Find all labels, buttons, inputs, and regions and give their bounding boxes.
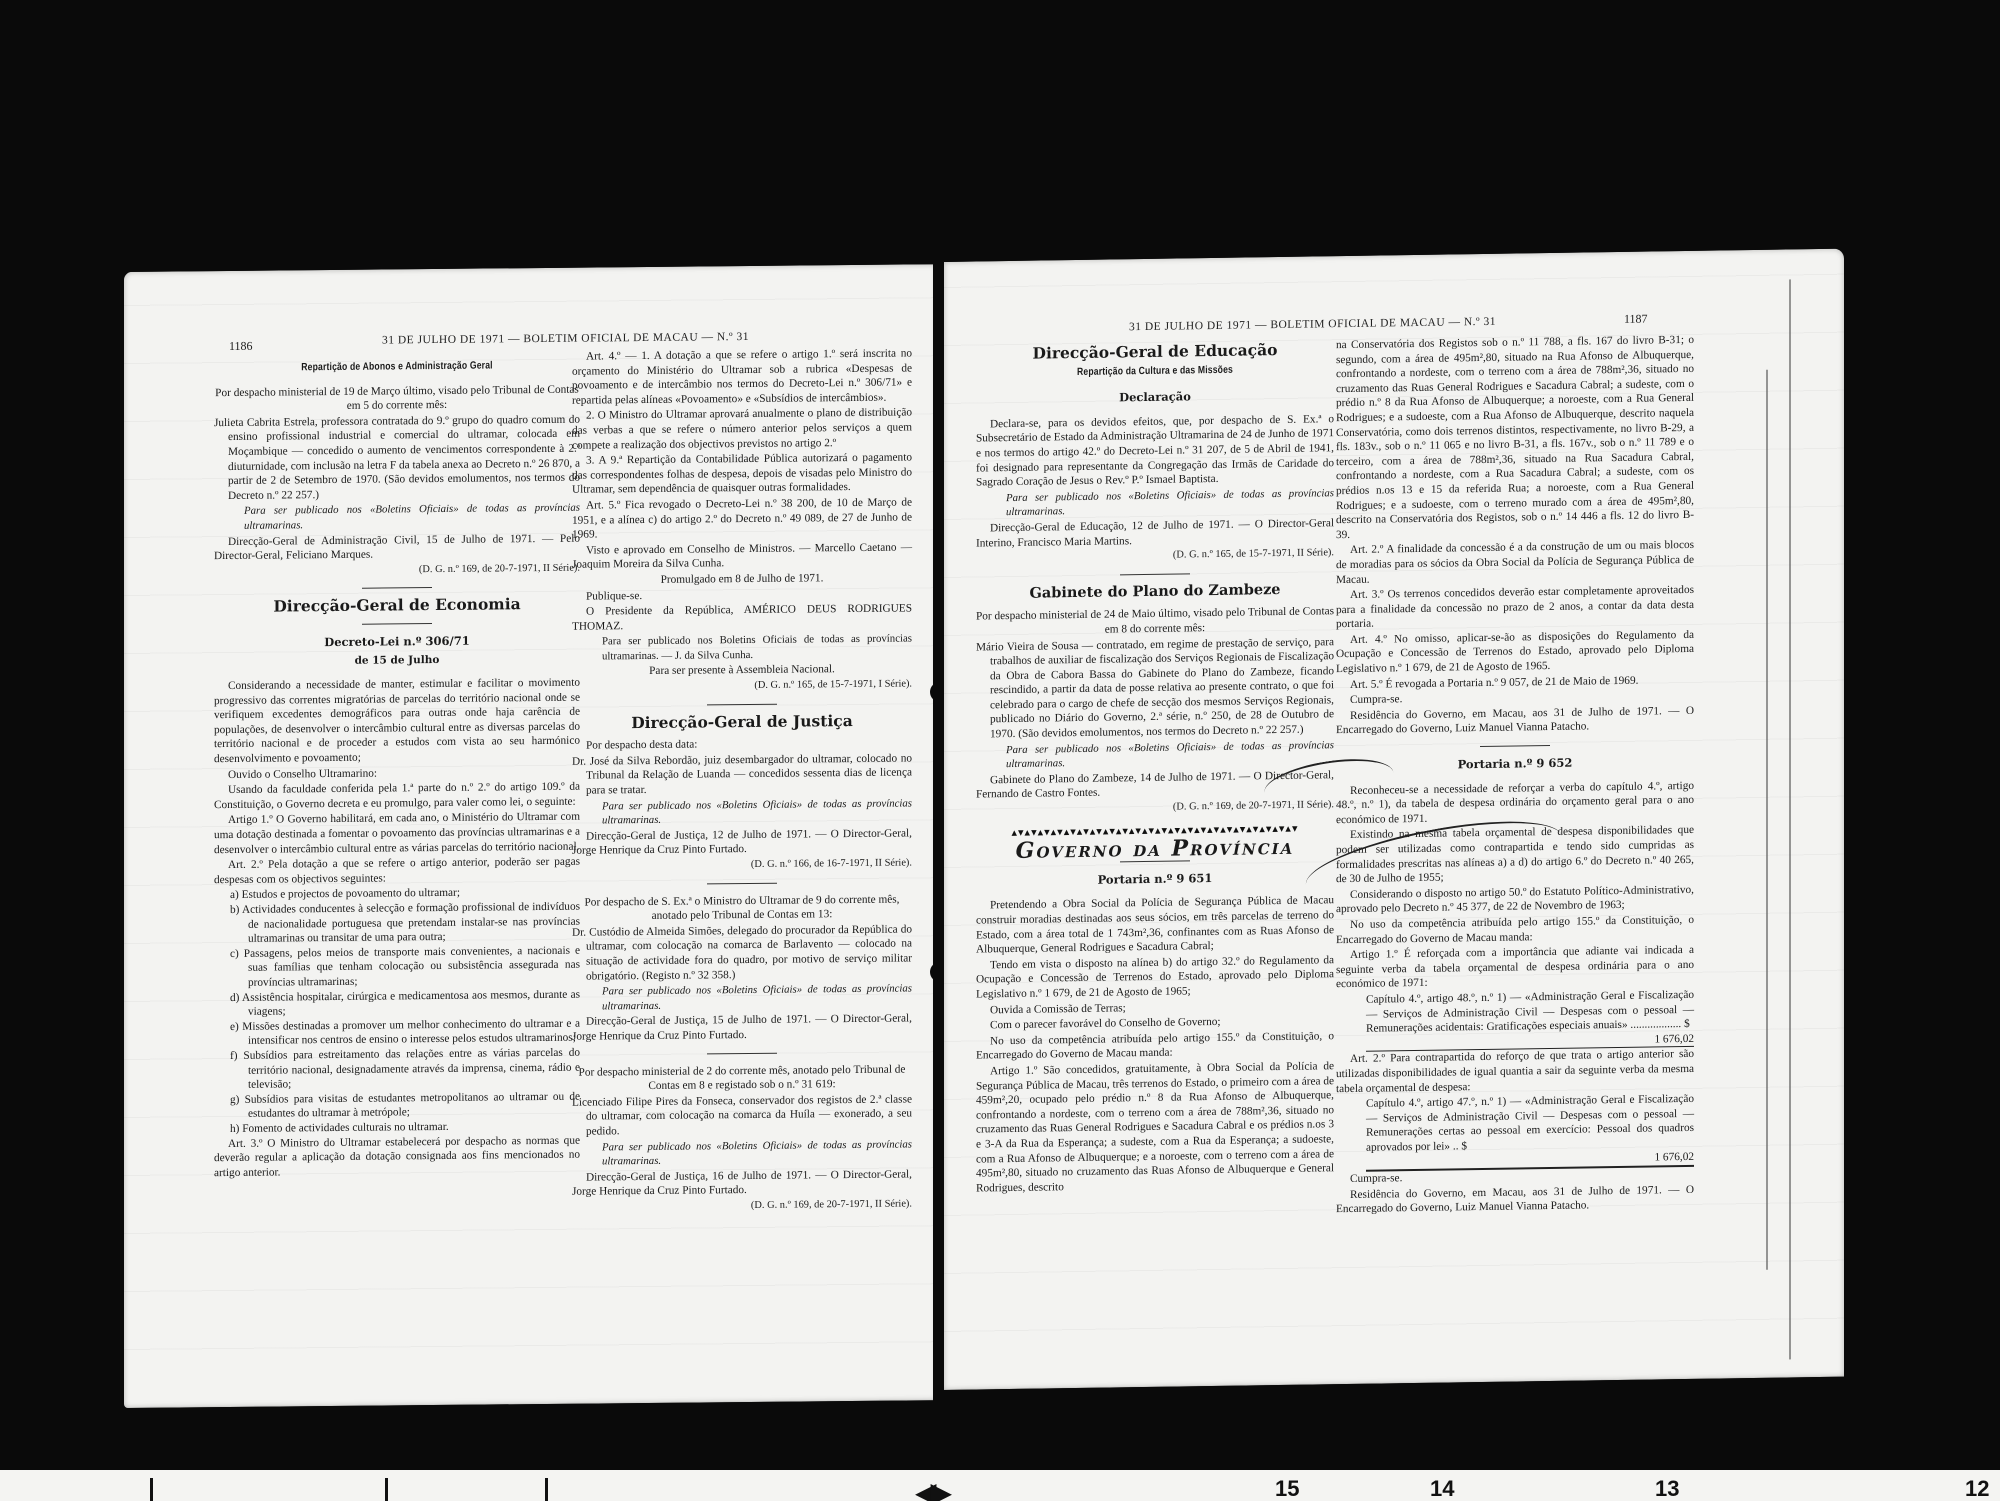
article: Artigo 1.º É reforçada com a importância… xyxy=(1336,943,1694,992)
publish-note: Para ser publicado nos «Boletins Oficiai… xyxy=(572,796,912,828)
article: Art. 5.º Fica revogado o Decreto-Lei n.º… xyxy=(572,495,912,542)
paragraph: Visto e aprovado em Conselho de Ministro… xyxy=(572,540,912,572)
alinea: f) Subsídios para estreitamento das rela… xyxy=(214,1046,580,1093)
paragraph: Tendo em vista o disposto na alínea b) d… xyxy=(976,953,1334,1002)
paragraph: O Presidente da República, AMÉRICO DEUS … xyxy=(572,602,912,634)
paragraph: Considerando a necessidade de manter, es… xyxy=(214,676,580,767)
budget-description: Capítulo 4.º, artigo 48.º, n.º 1) — «Adm… xyxy=(1366,989,1694,1035)
portaria-title: Portaria n.º 9 651 xyxy=(976,869,1334,889)
divider xyxy=(1120,573,1190,575)
article: Art. 2.º Pela dotação a que se refere o … xyxy=(214,855,580,888)
article: Art. 3.º O Ministro do Ultramar estabele… xyxy=(214,1133,580,1180)
signature: Residência do Governo, em Macau, aos 31 … xyxy=(1336,704,1694,738)
paragraph: Declara-se, para os devidos efeitos, que… xyxy=(976,412,1334,490)
film-tick-mark xyxy=(150,1478,153,1501)
article: Artigo 1.º São concedidos, gratuitamente… xyxy=(976,1059,1334,1196)
decree-date: de 15 de Julho xyxy=(214,651,580,669)
right-page: 31 DE JULHO DE 1971 — BOLETIM OFICIAL DE… xyxy=(944,249,1844,1390)
section-heading: Direcção-Geral de Justiça xyxy=(572,713,912,731)
signature: Residência do Governo, em Macau, aos 31 … xyxy=(1336,1183,1694,1217)
paragraph: No uso da competência atribuída pelo art… xyxy=(976,1029,1334,1063)
left-page: 1186 31 DE JULHO DE 1971 — BOLETIM OFICI… xyxy=(124,264,936,1408)
paragraph: Mário Vieira de Sousa — contratado, em r… xyxy=(976,635,1334,742)
publish-note: Para ser publicado nos «Boletins Oficiai… xyxy=(572,1137,912,1169)
section-subheading: Repartição da Cultura e das Missões xyxy=(1008,361,1302,380)
dg-reference: (D. G. n.º 166, de 16-7-1971, II Série). xyxy=(572,856,912,874)
article: Artigo 1.º O Governo habilitará, em cada… xyxy=(214,810,580,857)
film-tick-mark xyxy=(545,1478,548,1501)
decree-title: Decreto-Lei n.º 306/71 xyxy=(214,633,580,651)
alinea: e) Missões destinadas a promover um melh… xyxy=(214,1016,580,1049)
article: 2. O Ministro do Ultramar aprovará anual… xyxy=(572,406,912,453)
alinea: c) Passagens, pelos meios de transporte … xyxy=(214,943,580,990)
divider xyxy=(707,1052,777,1054)
right-column-1: Direcção-Geral de Educação Repartição da… xyxy=(976,340,1334,1197)
alinea: g) Subsídios para visitas de estudantes … xyxy=(214,1089,580,1122)
signature: Direcção-Geral de Justiça, 15 de Julho d… xyxy=(572,1012,912,1044)
signature: Direcção-Geral de Justiça, 12 de Julho d… xyxy=(572,826,912,858)
budget-description: Capítulo 4.º, artigo 47.º, n.º 1) — «Adm… xyxy=(1366,1093,1694,1154)
running-head: 31 DE JULHO DE 1971 — BOLETIM OFICIAL DE… xyxy=(1129,316,1496,333)
paragraph: Licenciado Filipe Pires da Fonseca, cons… xyxy=(572,1092,912,1139)
publish-note: Para ser publicado nos «Boletins Oficiai… xyxy=(976,486,1334,520)
alinea: d) Assistência hospitalar, cirúrgica e m… xyxy=(214,987,580,1020)
signature: Direcção-Geral de Administração Civil, 1… xyxy=(214,531,580,564)
publish-note: Para ser publicado nos Boletins Oficiais… xyxy=(572,632,912,664)
paragraph: Pretendendo a Obra Social da Polícia de … xyxy=(976,894,1334,958)
article: Art. 2.º Para contrapartida do reforço d… xyxy=(1336,1047,1694,1096)
left-column-1: Repartição de Abonos e Administração Ger… xyxy=(214,354,580,1182)
budget-line: Capítulo 4.º, artigo 47.º, n.º 1) — «Adm… xyxy=(1336,1092,1694,1172)
film-strip xyxy=(0,1470,2000,1501)
section-heading: Repartição de Abonos e Administração Ger… xyxy=(247,358,547,375)
paragraph: Por despacho ministerial de 2 do corrent… xyxy=(572,1062,912,1094)
divider xyxy=(707,703,777,705)
film-mark-label: 14 xyxy=(1430,1476,1454,1501)
divider xyxy=(707,882,777,884)
alinea: b) Actividades conducentes à selecção e … xyxy=(214,900,580,947)
dg-reference: (D. G. n.º 165, de 15-7-1971, I Série). xyxy=(572,677,912,695)
divider xyxy=(362,623,432,625)
film-arrow-icon: ◀▶ xyxy=(915,1476,946,1501)
film-mark-label: 12 xyxy=(1965,1476,1989,1501)
article: Art. 2.º A finalidade da concessão é a d… xyxy=(1336,538,1694,587)
article: 3. A 9.ª Repartição da Contabilidade Púb… xyxy=(572,451,912,498)
paragraph: Por despacho ministerial de 19 de Março … xyxy=(214,382,580,415)
paragraph: Dr. Custódio de Almeida Simões, delegado… xyxy=(572,922,912,984)
article: Art. 4.º No omisso, aplicar-se-ão as dis… xyxy=(1336,628,1694,677)
page-edge-line xyxy=(1789,279,1791,1359)
divider xyxy=(1480,745,1550,747)
signature: Direcção-Geral de Educação, 12 de Julho … xyxy=(976,516,1334,550)
dg-reference: (D. G. n.º 169, de 20-7-1971, II Série). xyxy=(572,1197,912,1215)
section-heading: Gabinete do Plano do Zambeze xyxy=(976,582,1334,602)
film-mark-label: 13 xyxy=(1655,1476,1679,1501)
left-column-2: Art. 4.º — 1. A dotação a que se refere … xyxy=(572,346,912,1223)
publish-note: Para ser publicado nos «Boletins Oficiai… xyxy=(214,501,580,534)
paragraph: Usando da faculdade conferida pela 1.ª p… xyxy=(214,780,580,813)
paragraph: Dr. José da Silva Rebordão, juiz desemba… xyxy=(572,751,912,798)
publish-note: Para ser publicado nos «Boletins Oficiai… xyxy=(976,738,1334,772)
page-number: 1186 xyxy=(229,339,253,354)
signature: Direcção-Geral de Justiça, 16 de Julho d… xyxy=(572,1167,912,1199)
article: Art. 4.º — 1. A dotação a que se refere … xyxy=(572,346,912,408)
article: Art. 3.º Os terrenos concedidos deverão … xyxy=(1336,583,1694,632)
paragraph: Por despacho de S. Ex.ª o Ministro do Ul… xyxy=(572,892,912,924)
section-heading: Direcção-Geral de Educação xyxy=(976,342,1334,362)
section-heading: Governo da Província xyxy=(976,839,1334,859)
paragraph: na Conservatória dos Registos sob o n.º … xyxy=(1336,333,1694,543)
dg-reference: (D. G. n.º 169, de 20-7-1971, II Série). xyxy=(214,561,580,579)
divider xyxy=(362,587,432,589)
film-mark-label: 15 xyxy=(1275,1476,1299,1501)
budget-line: Capítulo 4.º, artigo 48.º, n.º 1) — «Adm… xyxy=(1336,988,1694,1053)
section-heading: Direcção-Geral de Economia xyxy=(214,597,580,615)
page-edge-line xyxy=(1766,370,1768,1270)
running-head: 31 DE JULHO DE 1971 — BOLETIM OFICIAL DE… xyxy=(382,331,749,347)
film-tick-mark xyxy=(385,1478,388,1501)
page-number: 1187 xyxy=(1624,312,1648,327)
paragraph: No uso da competência atribuída pelo art… xyxy=(1336,913,1694,947)
declaration-title: Declaração xyxy=(976,387,1334,407)
paragraph: Por despacho ministerial de 24 de Maio ú… xyxy=(976,605,1334,639)
paragraph: Reconheceu-se a necessidade de reforçar … xyxy=(1336,778,1694,827)
publish-note: Para ser publicado nos «Boletins Oficiai… xyxy=(572,982,912,1014)
paragraph: Julieta Cabrita Estrela, professora cont… xyxy=(214,412,580,503)
